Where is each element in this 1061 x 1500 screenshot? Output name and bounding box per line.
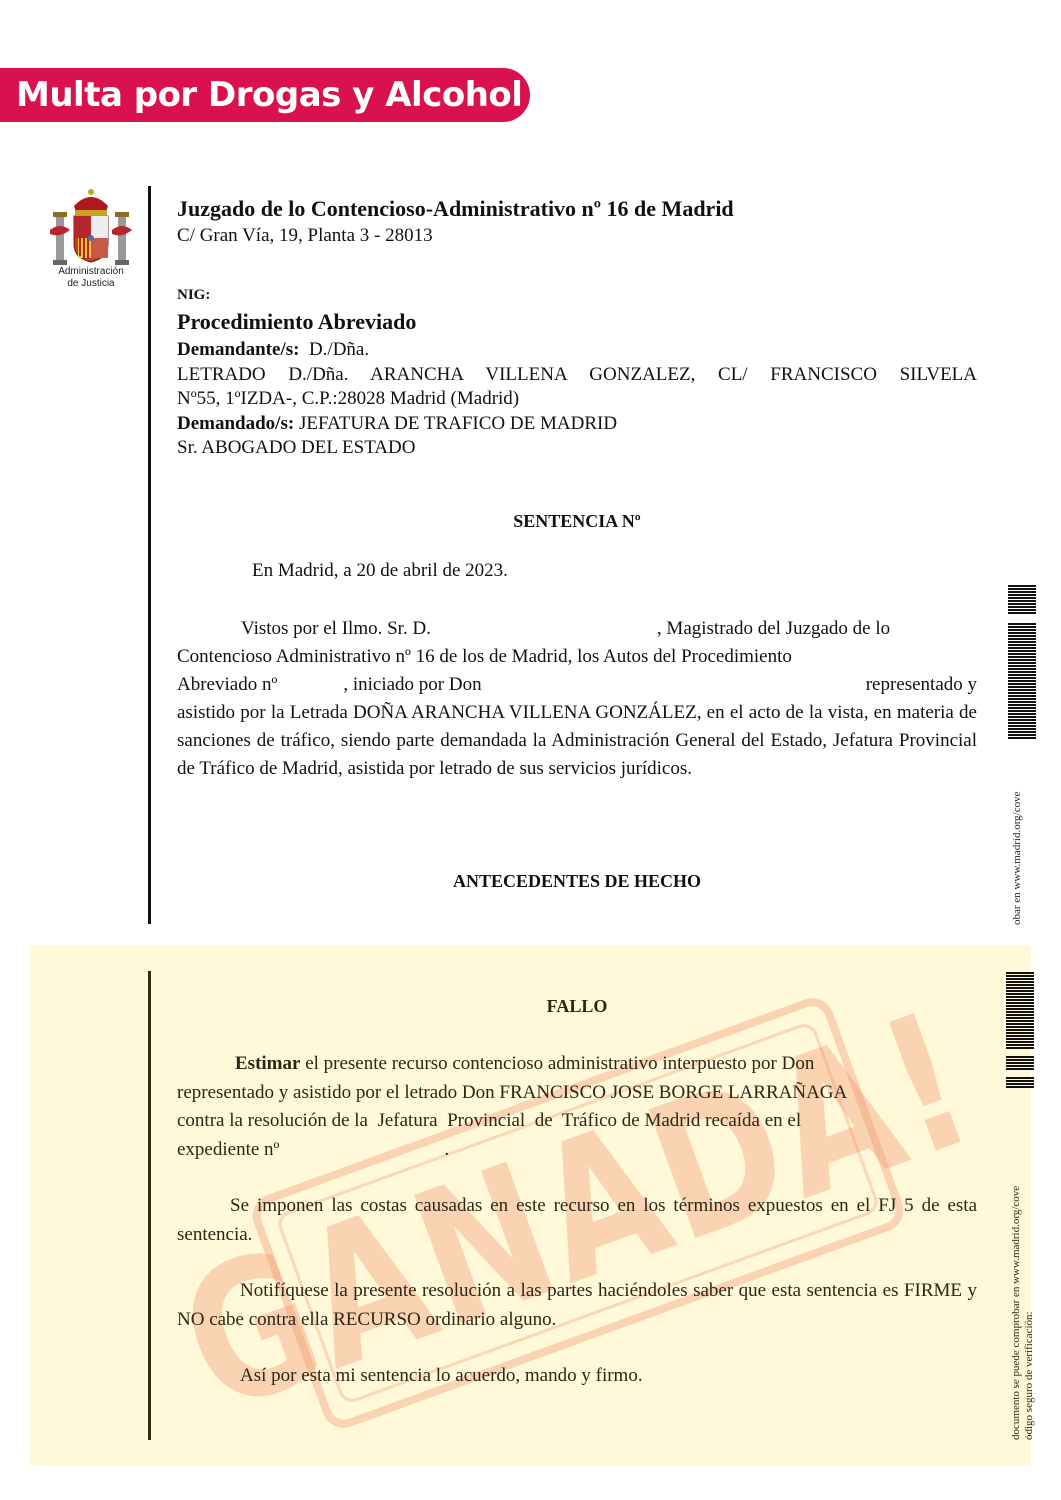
vistos-text-representado: representado y: [866, 671, 977, 699]
fallo-title: FALLO: [177, 996, 977, 1017]
fallo-p1-line3: contra la resolución de la Jefatura Prov…: [177, 1107, 977, 1136]
vistos-text-abreviado: Abreviado nº: [177, 674, 277, 695]
crest-caption: Administración de Justicia: [36, 266, 146, 290]
fallo-p1-line1: Estimar el presente recurso contencioso …: [177, 1050, 977, 1079]
fallo-p3-text: Notifíquese la presente resolución a las…: [177, 1280, 977, 1330]
title-banner: Multa por Drogas y Alcohol: [0, 68, 530, 122]
antecedentes-title: ANTECEDENTES DE HECHO: [177, 871, 977, 892]
banner-title: Multa por Drogas y Alcohol: [16, 75, 522, 115]
vistos-text-a: Vistos por el Ilmo. Sr. D.: [241, 618, 431, 639]
vistos-paragraph: Vistos por el Ilmo. Sr. D., Magistrado d…: [177, 615, 977, 783]
vistos-line3: Abreviado nº, iniciado por Don represent…: [177, 671, 977, 699]
fallo-p1-end: .: [444, 1139, 449, 1160]
nig-label: NIG:: [177, 287, 977, 304]
margin-rule: [148, 186, 151, 924]
vistos-text-iniciado: , iniciado por Don: [343, 674, 481, 695]
parties-block: Demandante/s: D./Dña. LETRADO D./Dña. AR…: [177, 338, 977, 461]
vistos-line1: Vistos por el Ilmo. Sr. D., Magistrado d…: [177, 615, 947, 643]
barcode-top: [1008, 585, 1036, 740]
fallo-p1-text1: el presente recurso contencioso administ…: [300, 1053, 814, 1074]
barcode-bottom: [1006, 972, 1034, 1089]
crest-caption-line1: Administración: [36, 266, 146, 278]
margin-rule-fallo: [148, 971, 151, 1440]
vistos-text-b: , Magistrado del Juzgado de lo: [657, 618, 890, 639]
fallo-paragraph-1: Estimar el presente recurso contencioso …: [177, 1050, 977, 1164]
verification-line2: ódigo seguro de verificación:: [1023, 1186, 1036, 1440]
vistos-line2: Contencioso Administrativo nº 16 de los …: [177, 643, 977, 671]
defendant-value: JEFATURA DE TRAFICO DE MADRID: [299, 413, 617, 434]
verification-line1: documento se puede comprobar en www.madr…: [1010, 1186, 1023, 1440]
court-address: C/ Gran Vía, 19, Planta 3 - 28013: [177, 224, 977, 248]
plaintiff-value: D./Dña.: [309, 339, 369, 360]
fallo-p2-text: Se imponen las costas causadas en este r…: [177, 1195, 977, 1245]
defendant-counsel: Sr. ABOGADO DEL ESTADO: [177, 436, 977, 461]
crest-caption-line2: de Justicia: [36, 278, 146, 290]
fallo-p1-line2: representado y asistido por el letrado D…: [177, 1079, 977, 1108]
date-line: En Madrid, a 20 de abril de 2023.: [252, 560, 508, 582]
verification-text-bottom: documento se puede comprobar en www.madr…: [1010, 1186, 1036, 1440]
sentencia-title: SENTENCIA Nº: [177, 511, 977, 532]
lawyer-line: LETRADO D./Dña. ARANCHA VILLENA GONZALEZ…: [177, 363, 977, 388]
procedure-type: Procedimiento Abreviado: [177, 308, 977, 336]
plaintiff-line: Demandante/s: D./Dña.: [177, 338, 977, 363]
verification-text-top: obar en www.madrid.org/cove: [1011, 792, 1023, 926]
plaintiff-label: Demandante/s:: [177, 339, 299, 360]
fallo-paragraph-4: Así por esta mi sentencia lo acuerdo, ma…: [240, 1362, 643, 1390]
fallo-p1-line4: expediente nº.: [177, 1136, 977, 1165]
fallo-paragraph-2: Se imponen las costas causadas en este r…: [177, 1192, 977, 1249]
defendant-line: Demandado/s: JEFATURA DE TRAFICO DE MADR…: [177, 412, 977, 437]
defendant-label: Demandado/s:: [177, 413, 294, 434]
lawyer-address: Nº55, 1ºIZDA-, C.P.:28028 Madrid (Madrid…: [177, 387, 977, 412]
court-name: Juzgado de lo Contencioso-Administrativo…: [177, 196, 977, 222]
vistos-rest: asistido por la Letrada DOÑA ARANCHA VIL…: [177, 699, 977, 783]
fallo-estimar: Estimar: [235, 1053, 300, 1074]
fallo-expediente: expediente nº: [177, 1139, 279, 1160]
fallo-paragraph-3: Notifíquese la presente resolución a las…: [177, 1277, 977, 1334]
